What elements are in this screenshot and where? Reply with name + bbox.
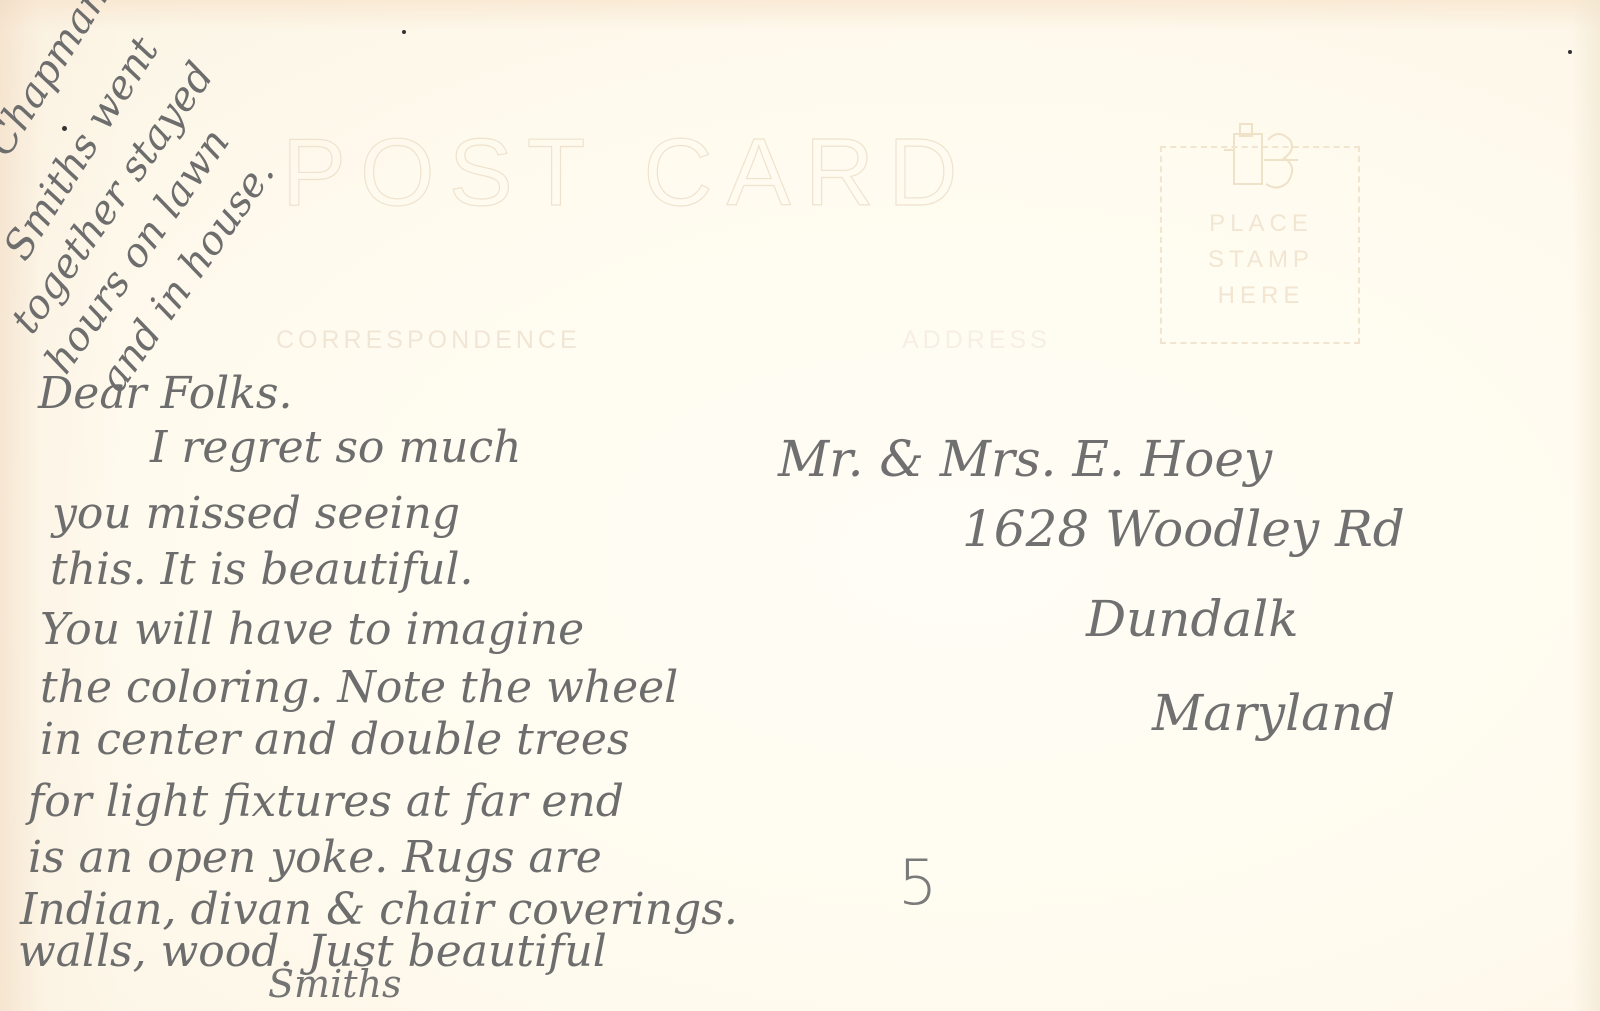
message-line: for light fixtures at far end bbox=[28, 776, 624, 827]
stamp-line-here: HERE bbox=[1198, 278, 1324, 314]
stamp-line-stamp: STAMP bbox=[1198, 242, 1324, 278]
recipient-state: Maryland bbox=[1152, 684, 1395, 742]
message-line: in center and double trees bbox=[40, 714, 630, 765]
address-label: ADDRESS bbox=[902, 326, 1051, 355]
message-line: I regret so much bbox=[150, 422, 521, 473]
stamp-box-text: PLACE STAMP HERE bbox=[1198, 206, 1324, 314]
message-line: you missed seeing bbox=[52, 488, 460, 539]
signature: Smiths bbox=[268, 962, 401, 1006]
title-word-card: CARD bbox=[643, 119, 971, 226]
stamp-line-place: PLACE bbox=[1198, 206, 1324, 242]
paper-edge bbox=[1572, 0, 1600, 1011]
ink-speck bbox=[62, 126, 67, 131]
recipient-name: Mr. & Mrs. E. Hoey bbox=[778, 430, 1272, 488]
margin-note: Chapman Smiths went together stayed hour… bbox=[10, 0, 470, 360]
message-line: the coloring. Note the wheel bbox=[40, 662, 678, 713]
ink-speck bbox=[1568, 50, 1572, 54]
message-line: this. It is beautiful. bbox=[50, 544, 474, 595]
message-line: You will have to imagine bbox=[40, 604, 584, 655]
salutation: Dear Folks. bbox=[38, 368, 292, 419]
page-number: 5 bbox=[898, 846, 937, 919]
recipient-city: Dundalk bbox=[1086, 590, 1299, 648]
recipient-street: 1628 Woodley Rd bbox=[962, 500, 1405, 558]
postcard-back: POSTCARD CORRESPONDENCE ADDRESS PLACE ST… bbox=[0, 0, 1600, 1011]
ink-speck bbox=[402, 30, 406, 34]
message-line: is an open yoke. Rugs are bbox=[28, 832, 602, 883]
